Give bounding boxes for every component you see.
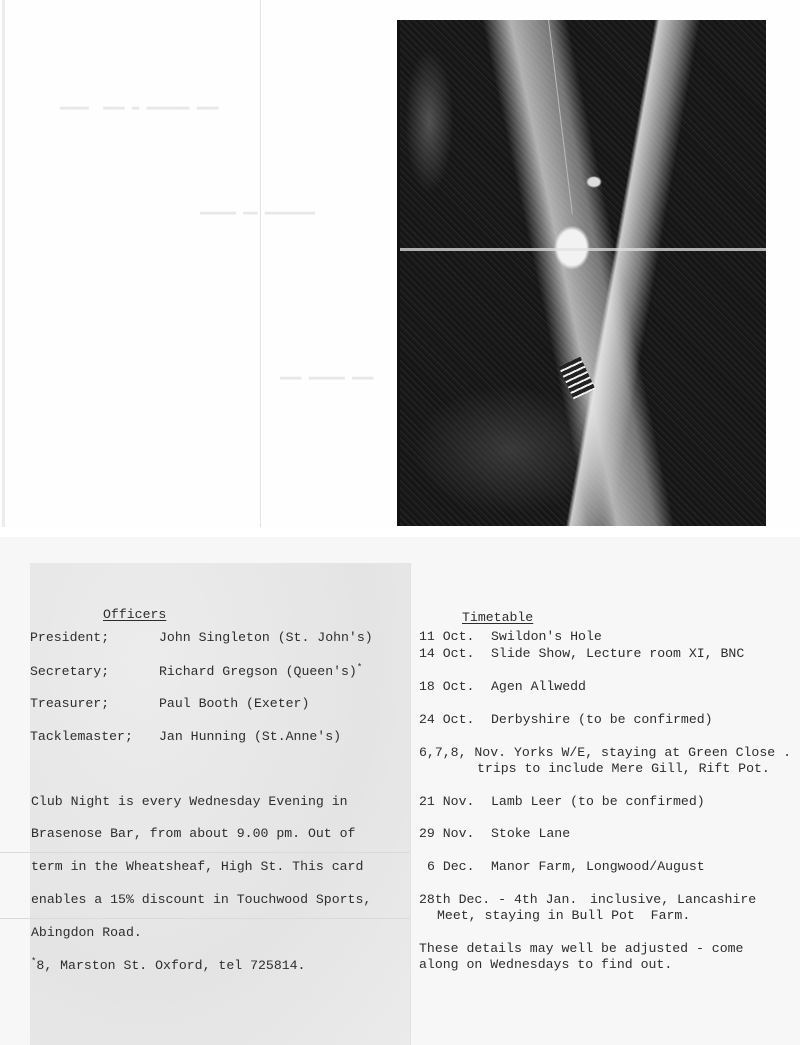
club-night-line: Brasenose Bar, from about 9.00 pm. Out o… [31,826,355,842]
fold-line [260,0,261,527]
timetable-event: Lamb Leer (to be confirmed) [491,794,705,810]
officers-heading: Officers [103,607,166,623]
crease-line [0,918,410,919]
timetable-event: Agen Allwedd [491,679,586,695]
timetable-date: 6 Dec. [427,859,474,875]
show-through-text: ▬▬▬▬▬ ▬▬ ▬▬▬▬▬▬▬ [200,205,315,219]
timetable-note-line: along on Wednesdays to find out. [419,957,672,973]
show-through-text: ▬▬▬ ▬▬▬▬▬ ▬▬▬ [280,370,374,384]
timetable-date: 14 Oct. [419,646,474,662]
footnote-mark: * [357,663,362,673]
officer-role: Treasurer; [30,696,109,712]
officer-name: Paul Booth (Exeter) [159,696,309,712]
timetable-event: Derbyshire (to be confirmed) [491,712,713,728]
crease-line [0,852,410,853]
officer-role: Secretary; [30,664,109,680]
timetable-event: Yorks W/E, staying at Green Close . [514,745,791,761]
officer-name: John Singleton (St. John's) [159,630,373,646]
show-through-text: ▬▬▬▬ ▬▬▬ ▬ ▬▬▬▬▬▬ ▬▬▬ [60,100,218,114]
club-night-line: Club Night is every Wednesday Evening in [31,794,348,810]
timetable-event: Swildon's Hole [491,629,602,645]
timetable-event-continuation: trips to include Mere Gill, Rift Pot. [477,761,770,777]
timetable-event: Manor Farm, Longwood/August [491,859,705,875]
timetable-event: Slide Show, Lecture room XI, BNC [491,646,744,662]
timetable-event-continuation: Meet, staying in Bull Pot Farm. [437,908,690,924]
timetable-date: 11 Oct. [419,629,474,645]
rope-line [548,20,573,214]
club-night-line: term in the Wheatsheaf, High St. This ca… [31,859,363,875]
footnote-text: 8, Marston St. Oxford, tel 725814. [36,958,305,973]
timetable-date: 28th Dec. - 4th Jan. [419,892,577,908]
photo-crease [400,248,766,251]
officer-role: President; [30,630,109,646]
officer-role: Tacklemaster; [30,729,133,745]
scan-edge [2,0,5,527]
panel-separator [410,563,411,1045]
ladder-icon [559,357,596,400]
timetable-heading: Timetable [462,610,533,626]
cave-photo [397,20,766,526]
timetable-event: Stoke Lane [491,826,570,842]
card-back-page: ▬▬▬▬ ▬▬▬ ▬ ▬▬▬▬▬▬ ▬▬▬ ▬▬▬▬▬ ▬▬ ▬▬▬▬▬▬▬ ▬… [0,0,800,527]
timetable-date: 6,7,8, Nov. [419,745,506,761]
officer-name: Jan Hunning (St.Anne's) [159,729,341,745]
footnote: *8, Marston St. Oxford, tel 725814. [31,958,305,974]
timetable-date: 21 Nov. [419,794,474,810]
club-night-line: Abingdon Road. [31,925,142,941]
club-night-line: enables a 15% discount in Touchwood Spor… [31,892,371,908]
officer-name: Richard Gregson (Queen's)* [159,664,362,680]
officer-name-text: Richard Gregson (Queen's) [159,664,357,679]
timetable-note-line: These details may well be adjusted - com… [419,941,743,957]
timetable-date: 29 Nov. [419,826,474,842]
timetable-event: inclusive, Lancashire [590,892,756,908]
timetable-date: 24 Oct. [419,712,474,728]
timetable-date: 18 Oct. [419,679,474,695]
